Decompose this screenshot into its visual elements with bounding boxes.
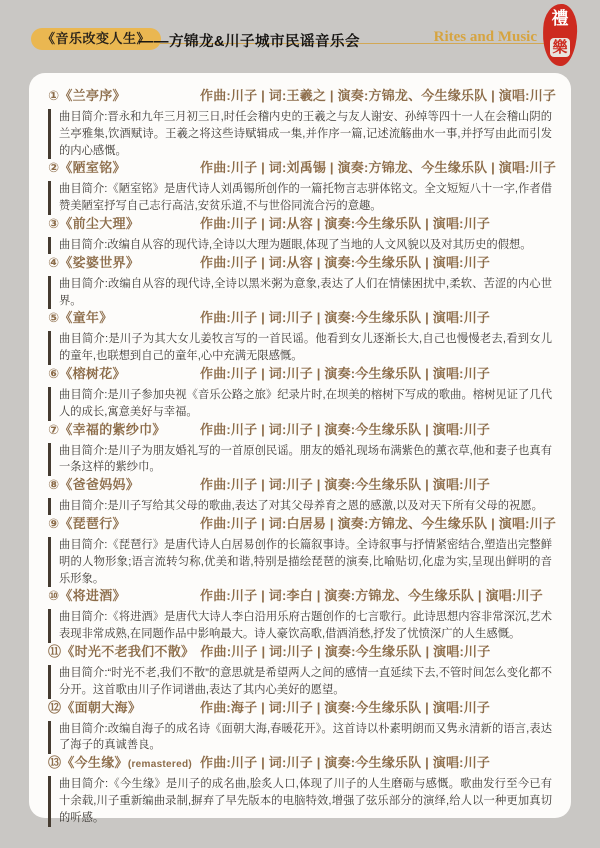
- song-entry: ⑨《琵琶行》 作曲:川子 | 词:白居易 | 演奏:方锦龙、今生缘乐队 | 演唱…: [48, 515, 552, 587]
- song-number: ③: [48, 216, 59, 231]
- song-number: ②: [48, 160, 59, 175]
- song-header-row: ⑪《时光不老我们不散》 作曲:川子 | 词:川子 | 演奏:今生缘乐队 | 演唱…: [48, 643, 552, 662]
- song-credits: 作曲:川子 | 词:川子 | 演奏:今生缘乐队 | 演唱:川子: [200, 476, 490, 493]
- song-title-text: 《时光不老我们不散》: [61, 644, 194, 659]
- seal-char-yue: 樂: [552, 40, 567, 55]
- song-intro: 曲目简介:是川子为朋友婚礼写的一首原创民谣。朋友的婚礼现场布满紫色的薰衣草,他和…: [48, 443, 552, 477]
- song-intro-text: 曲目简介:是川子为朋友婚礼写的一首原创民谣。朋友的婚礼现场布满紫色的薰衣草,他和…: [59, 445, 552, 474]
- song-intro-text: 曲目简介:《琵琶行》是唐代诗人白居易创作的长篇叙事诗。全诗叙事与抒情紧密结合,塑…: [59, 539, 552, 585]
- song-header-row: ⑬《今生缘》(remastered) 作曲:川子 | 词:川子 | 演奏:今生缘…: [48, 754, 552, 773]
- song-title: ⑪《时光不老我们不散》: [48, 643, 200, 662]
- song-intro-text: 曲目简介:改编自从容的现代诗,全诗以大理为题眼,体现了当地的人文风貌以及对其历史…: [59, 239, 532, 251]
- song-title-text: 《今生缘》: [61, 755, 128, 770]
- song-header-row: ⑦《幸福的紫纱巾》 作曲:川子 | 词:川子 | 演奏:今生缘乐队 | 演唱:川…: [48, 421, 552, 440]
- song-title: ④《娑婆世界》: [48, 254, 200, 273]
- song-entry: ⑫《面朝大海》 作曲:海子 | 词:川子 | 演奏:今生缘乐队 | 演唱:川子 …: [48, 699, 552, 755]
- song-intro-text: 曲目简介:晋永和九年三月初三日,时任会稽内史的王羲之与友人谢安、孙绰等四十一人在…: [59, 111, 552, 157]
- song-title: ③《前尘大理》: [48, 215, 200, 234]
- song-intro-text: 曲目简介:改编自从容的现代诗,全诗以黑米粥为意象,表达了人们在情愫困扰中,柔软、…: [59, 278, 552, 307]
- song-credits: 作曲:川子 | 词:李白 | 演奏:方锦龙、今生缘乐队 | 演唱:川子: [200, 587, 543, 604]
- song-intro: 曲目简介:《琵琶行》是唐代诗人白居易创作的长篇叙事诗。全诗叙事与抒情紧密结合,塑…: [48, 537, 552, 587]
- song-intro-text: 曲目简介:是川子为其大女儿姜牧言写的一首民谣。他看到女儿逐渐长大,自己也慢慢老去…: [59, 333, 552, 362]
- song-header-row: ⑤《童年》 作曲:川子 | 词:川子 | 演奏:今生缘乐队 | 演唱:川子: [48, 309, 552, 328]
- song-header-row: ⑨《琵琶行》 作曲:川子 | 词:白居易 | 演奏:方锦龙、今生缘乐队 | 演唱…: [48, 515, 552, 534]
- song-entry: ⑦《幸福的紫纱巾》 作曲:川子 | 词:川子 | 演奏:今生缘乐队 | 演唱:川…: [48, 421, 552, 477]
- song-intro: 曲目简介:改编自从容的现代诗,全诗以大理为题眼,体现了当地的人文风貌以及对其历史…: [48, 237, 552, 254]
- song-entry: ⑩《将进酒》 作曲:川子 | 词:李白 | 演奏:方锦龙、今生缘乐队 | 演唱:…: [48, 587, 552, 643]
- rites-and-music-label: Rites and Music: [434, 29, 537, 46]
- song-title: ⑬《今生缘》(remastered): [48, 754, 200, 773]
- song-title: ⑨《琵琶行》: [48, 515, 200, 534]
- song-number: ⑦: [48, 422, 59, 437]
- song-title-text: 《将进酒》: [59, 588, 126, 603]
- song-title-text: 《陋室铭》: [59, 160, 126, 175]
- song-title-text: 《幸福的紫纱巾》: [59, 422, 165, 437]
- song-number: ⑩: [48, 588, 59, 603]
- song-header-row: ⑧《爸爸妈妈》 作曲:川子 | 词:川子 | 演奏:今生缘乐队 | 演唱:川子: [48, 476, 552, 495]
- song-intro: 曲目简介:是川子写给其父母的歌曲,表达了对其父母养育之恩的感激,以及对天下所有父…: [48, 498, 552, 515]
- song-title-text: 《琵琶行》: [59, 516, 126, 531]
- song-title-text: 《爸爸妈妈》: [59, 477, 139, 492]
- song-title: ⑫《面朝大海》: [48, 699, 200, 718]
- song-credits: 作曲:川子 | 词:王羲之 | 演奏:方锦龙、今生缘乐队 | 演唱:川子: [200, 87, 556, 104]
- song-title: ⑤《童年》: [48, 309, 200, 328]
- song-credits: 作曲:川子 | 词:刘禹锡 | 演奏:方锦龙、今生缘乐队 | 演唱:川子: [200, 159, 556, 176]
- song-intro: 曲目简介:改编自从容的现代诗,全诗以黑米粥为意象,表达了人们在情愫困扰中,柔软、…: [48, 276, 552, 310]
- song-number: ⑨: [48, 516, 59, 531]
- program-card: ①《兰亭序》 作曲:川子 | 词:王羲之 | 演奏:方锦龙、今生缘乐队 | 演唱…: [29, 73, 571, 818]
- song-entry: ⑧《爸爸妈妈》 作曲:川子 | 词:川子 | 演奏:今生缘乐队 | 演唱:川子 …: [48, 476, 552, 515]
- song-intro-text: 曲目简介:《将进酒》是唐代大诗人李白沿用乐府古题创作的七言歌行。此诗思想内容非常…: [59, 611, 552, 640]
- song-entry: ①《兰亭序》 作曲:川子 | 词:王羲之 | 演奏:方锦龙、今生缘乐队 | 演唱…: [48, 87, 552, 159]
- song-credits: 作曲:川子 | 词:从容 | 演奏:今生缘乐队 | 演唱:川子: [200, 254, 490, 271]
- rites-music-seal-icon: 禮 樂: [543, 4, 577, 66]
- song-entry: ④《娑婆世界》 作曲:川子 | 词:从容 | 演奏:今生缘乐队 | 演唱:川子 …: [48, 254, 552, 310]
- song-header-row: ③《前尘大理》 作曲:川子 | 词:从容 | 演奏:今生缘乐队 | 演唱:川子: [48, 215, 552, 234]
- song-entry: ⑥《榕树花》 作曲:川子 | 词:川子 | 演奏:今生缘乐队 | 演唱:川子 曲…: [48, 365, 552, 421]
- song-credits: 作曲:川子 | 词:白居易 | 演奏:方锦龙、今生缘乐队 | 演唱:川子: [200, 515, 556, 532]
- song-intro: 曲目简介:是川子为其大女儿姜牧言写的一首民谣。他看到女儿逐渐长大,自己也慢慢老去…: [48, 331, 552, 365]
- seal-char-li: 禮: [543, 10, 577, 28]
- song-title-text: 《童年》: [59, 310, 112, 325]
- song-intro: 曲目简介:“时光不老,我们不散”的意思就是希望两人之间的感情一直延续下去,不管时…: [48, 665, 552, 699]
- song-number: ⑧: [48, 477, 59, 492]
- song-title-text: 《榕树花》: [59, 366, 126, 381]
- song-credits: 作曲:川子 | 词:川子 | 演奏:今生缘乐队 | 演唱:川子: [200, 754, 490, 771]
- song-entry: ③《前尘大理》 作曲:川子 | 词:从容 | 演奏:今生缘乐队 | 演唱:川子 …: [48, 215, 552, 254]
- song-number: ⑥: [48, 366, 59, 381]
- song-entry: ⑤《童年》 作曲:川子 | 词:川子 | 演奏:今生缘乐队 | 演唱:川子 曲目…: [48, 309, 552, 365]
- song-title: ⑦《幸福的紫纱巾》: [48, 421, 200, 440]
- song-intro-text: 曲目简介:“时光不老,我们不散”的意思就是希望两人之间的感情一直延续下去,不管时…: [59, 667, 552, 696]
- song-credits: 作曲:川子 | 词:川子 | 演奏:今生缘乐队 | 演唱:川子: [200, 643, 490, 660]
- song-title: ⑥《榕树花》: [48, 365, 200, 384]
- song-title: ①《兰亭序》: [48, 87, 200, 106]
- song-title-text: 《面朝大海》: [61, 700, 141, 715]
- song-entry: ⑬《今生缘》(remastered) 作曲:川子 | 词:川子 | 演奏:今生缘…: [48, 754, 552, 826]
- song-intro-text: 曲目简介:是川子参加央视《音乐公路之旅》纪录片时,在坝美的榕树下写成的歌曲。榕树…: [59, 389, 552, 418]
- song-credits: 作曲:川子 | 词:从容 | 演奏:今生缘乐队 | 演唱:川子: [200, 215, 490, 232]
- song-intro: 曲目简介:晋永和九年三月初三日,时任会稽内史的王羲之与友人谢安、孙绰等四十一人在…: [48, 109, 552, 159]
- song-header-row: ⑥《榕树花》 作曲:川子 | 词:川子 | 演奏:今生缘乐队 | 演唱:川子: [48, 365, 552, 384]
- header: 《音乐改变人生》 ——方锦龙&川子城市民谣音乐会 Rites and Music…: [0, 27, 600, 53]
- song-credits: 作曲:川子 | 词:川子 | 演奏:今生缘乐队 | 演唱:川子: [200, 365, 490, 382]
- song-entry: ②《陋室铭》 作曲:川子 | 词:刘禹锡 | 演奏:方锦龙、今生缘乐队 | 演唱…: [48, 159, 552, 215]
- song-intro-text: 曲目简介:是川子写给其父母的歌曲,表达了对其父母养育之恩的感激,以及对天下所有父…: [59, 500, 543, 512]
- song-header-row: ⑫《面朝大海》 作曲:海子 | 词:川子 | 演奏:今生缘乐队 | 演唱:川子: [48, 699, 552, 718]
- song-title-text: 《娑婆世界》: [59, 255, 139, 270]
- song-intro-text: 曲目简介:《今生缘》是川子的成名曲,脍炙人口,体现了川子的人生磨砺与感慨。歌曲发…: [59, 778, 552, 824]
- song-credits: 作曲:川子 | 词:川子 | 演奏:今生缘乐队 | 演唱:川子: [200, 421, 490, 438]
- event-title: ——方锦龙&川子城市民谣音乐会: [139, 30, 360, 51]
- song-title: ⑧《爸爸妈妈》: [48, 476, 200, 495]
- song-intro: 曲目简介:是川子参加央视《音乐公路之旅》纪录片时,在坝美的榕树下写成的歌曲。榕树…: [48, 387, 552, 421]
- song-number: ⑤: [48, 310, 59, 325]
- song-title-text: 《兰亭序》: [59, 88, 126, 103]
- song-intro: 曲目简介:《陋室铭》是唐代诗人刘禹锡所创作的一篇托物言志骈体铭文。全文短短八十一…: [48, 181, 552, 215]
- song-intro: 曲目简介:《将进酒》是唐代大诗人李白沿用乐府古题创作的七言歌行。此诗思想内容非常…: [48, 609, 552, 643]
- song-credits: 作曲:川子 | 词:川子 | 演奏:今生缘乐队 | 演唱:川子: [200, 309, 490, 326]
- song-title: ②《陋室铭》: [48, 159, 200, 178]
- song-title-text: 《前尘大理》: [59, 216, 139, 231]
- song-entry: ⑪《时光不老我们不散》 作曲:川子 | 词:川子 | 演奏:今生缘乐队 | 演唱…: [48, 643, 552, 699]
- song-title-suffix: (remastered): [128, 759, 192, 770]
- song-intro-text: 曲目简介:《陋室铭》是唐代诗人刘禹锡所创作的一篇托物言志骈体铭文。全文短短八十一…: [59, 183, 552, 212]
- song-intro: 曲目简介:改编自海子的成名诗《面朝大海,春暖花开》。这首诗以朴素明朗而又隽永清新…: [48, 721, 552, 755]
- song-number: ⑫: [48, 700, 61, 715]
- song-number: ①: [48, 88, 59, 103]
- song-intro: 曲目简介:《今生缘》是川子的成名曲,脍炙人口,体现了川子的人生磨砺与感慨。歌曲发…: [48, 776, 552, 826]
- song-number: ④: [48, 255, 59, 270]
- song-title: ⑩《将进酒》: [48, 587, 200, 606]
- song-number: ⑬: [48, 755, 61, 770]
- song-number: ⑪: [48, 644, 61, 659]
- song-header-row: ②《陋室铭》 作曲:川子 | 词:刘禹锡 | 演奏:方锦龙、今生缘乐队 | 演唱…: [48, 159, 552, 178]
- song-header-row: ⑩《将进酒》 作曲:川子 | 词:李白 | 演奏:方锦龙、今生缘乐队 | 演唱:…: [48, 587, 552, 606]
- song-intro-text: 曲目简介:改编自海子的成名诗《面朝大海,春暖花开》。这首诗以朴素明朗而又隽永清新…: [59, 723, 552, 752]
- song-header-row: ④《娑婆世界》 作曲:川子 | 词:从容 | 演奏:今生缘乐队 | 演唱:川子: [48, 254, 552, 273]
- seal-patch: 樂: [550, 38, 570, 57]
- song-credits: 作曲:海子 | 词:川子 | 演奏:今生缘乐队 | 演唱:川子: [200, 699, 490, 716]
- song-header-row: ①《兰亭序》 作曲:川子 | 词:王羲之 | 演奏:方锦龙、今生缘乐队 | 演唱…: [48, 87, 552, 106]
